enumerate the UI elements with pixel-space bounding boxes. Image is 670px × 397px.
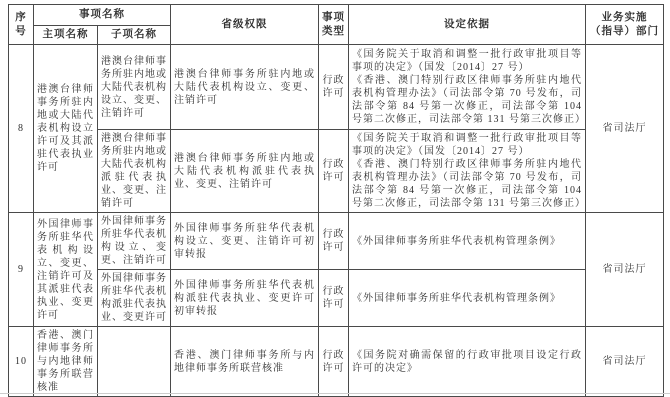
table-row-9-sub-1: 9 外国律师事务所驻华代表机构设立、变更、注销许可及其派驻代表执业、变更许可 外… (9, 213, 664, 270)
cell-sub-item (98, 327, 171, 397)
cell-department: 省司法厅 (586, 327, 664, 397)
cell-serial-number: 8 (9, 45, 34, 213)
cell-department: 省司法厅 (586, 213, 664, 327)
table-row-8-sub-2: 港澳台律师事务所驻内地或大陆代表机构派驻代表执业、变更、注销许可 港澳台律师事务… (9, 130, 664, 213)
cell-main-item: 外国律师事务所驻华代表机构设立、变更、注销许可及其派驻代表执业、变更许可 (34, 213, 98, 327)
table-row-8-sub-1: 8 港澳台律师事务所驻内地或大陆代表机构设立许可及其派驻代表执业许可 港澳台律师… (9, 45, 664, 130)
cell-main-item: 香港、澳门律师事务所与内地律师事务所联营核准 (34, 327, 98, 397)
cell-provincial-authority: 港澳台律师事务所驻内地或大陆代表机构派驻代表执业、变更、注销许可 (171, 130, 319, 213)
cell-item-type: 行政许可 (319, 327, 349, 397)
header-row-1: 序号 事项名称 省级权限 事项类型 设定依据 业务实施 （指导）部门 (9, 5, 664, 26)
cell-serial-number: 10 (9, 327, 34, 397)
header-serial-number: 序号 (9, 5, 34, 45)
table-row-10: 10 香港、澳门律师事务所与内地律师事务所联营核准 香港、澳门律师事务所与内地律… (9, 327, 664, 397)
cell-legal-basis: 《国务院对确需保留的行政审批项目设定行政许可的决定》 (349, 327, 586, 397)
cell-sub-item: 港澳台律师事务所驻内地或大陆代表机构派驻代表执业、变更、注销许可 (98, 130, 171, 213)
cell-legal-basis: 《外国律师事务所驻华代表机构管理条例》 (349, 270, 586, 327)
cell-sub-item: 外国律师事务所驻华代表机构派驻代表执业、变更许可 (98, 270, 171, 327)
cell-main-item: 港澳台律师事务所驻内地或大陆代表机构设立许可及其派驻代表执业许可 (34, 45, 98, 213)
cell-legal-basis: 《外国律师事务所驻华代表机构管理条例》 (349, 213, 586, 270)
cell-legal-basis: 《国务院关于取消和调整一批行政审批项目等事项的决定》（国发〔2014〕27 号）… (349, 45, 586, 130)
cell-item-type: 行政许可 (319, 45, 349, 130)
header-item-type: 事项类型 (319, 5, 349, 45)
cell-department: 省司法厅 (586, 45, 664, 213)
cell-provincial-authority: 外国律师事务所驻华代表机构派驻代表执业、变更许可初审转报 (171, 270, 319, 327)
cell-sub-item: 港澳台律师事务所驻内地或大陆代表机构设立、变更、注销许可 (98, 45, 171, 130)
scan-artifact-line (0, 393, 670, 394)
header-sub-item: 子项名称 (98, 26, 171, 45)
cell-item-type: 行政许可 (319, 130, 349, 213)
table-row-9-sub-2: 外国律师事务所驻华代表机构派驻代表执业、变更许可 外国律师事务所驻华代表机构派驻… (9, 270, 664, 327)
cell-provincial-authority: 香港、澳门律师事务所与内地律师事务所联营核准 (171, 327, 319, 397)
header-main-item: 主项名称 (34, 26, 98, 45)
cell-item-type: 行政许可 (319, 270, 349, 327)
header-legal-basis: 设定依据 (349, 5, 586, 45)
cell-sub-item: 外国律师事务所驻华代表机构设立、变更、注销许可 (98, 213, 171, 270)
approval-items-table: 序号 事项名称 省级权限 事项类型 设定依据 业务实施 （指导）部门 主项名称 … (8, 4, 664, 397)
document-page: 序号 事项名称 省级权限 事项类型 设定依据 业务实施 （指导）部门 主项名称 … (0, 0, 670, 397)
header-provincial-authority: 省级权限 (171, 5, 319, 45)
cell-provincial-authority: 外国律师事务所驻华代表机构设立、变更、注销许可初审转报 (171, 213, 319, 270)
cell-provincial-authority: 港澳台律师事务所驻内地或大陆代表机构设立、变更、注销许可 (171, 45, 319, 130)
cell-item-type: 行政许可 (319, 213, 349, 270)
header-department: 业务实施 （指导）部门 (586, 5, 664, 45)
cell-legal-basis: 《国务院关于取消和调整一批行政审批项目等事项的决定》（国发〔2014〕27 号）… (349, 130, 586, 213)
header-item-name: 事项名称 (34, 5, 171, 26)
cell-serial-number: 9 (9, 213, 34, 327)
